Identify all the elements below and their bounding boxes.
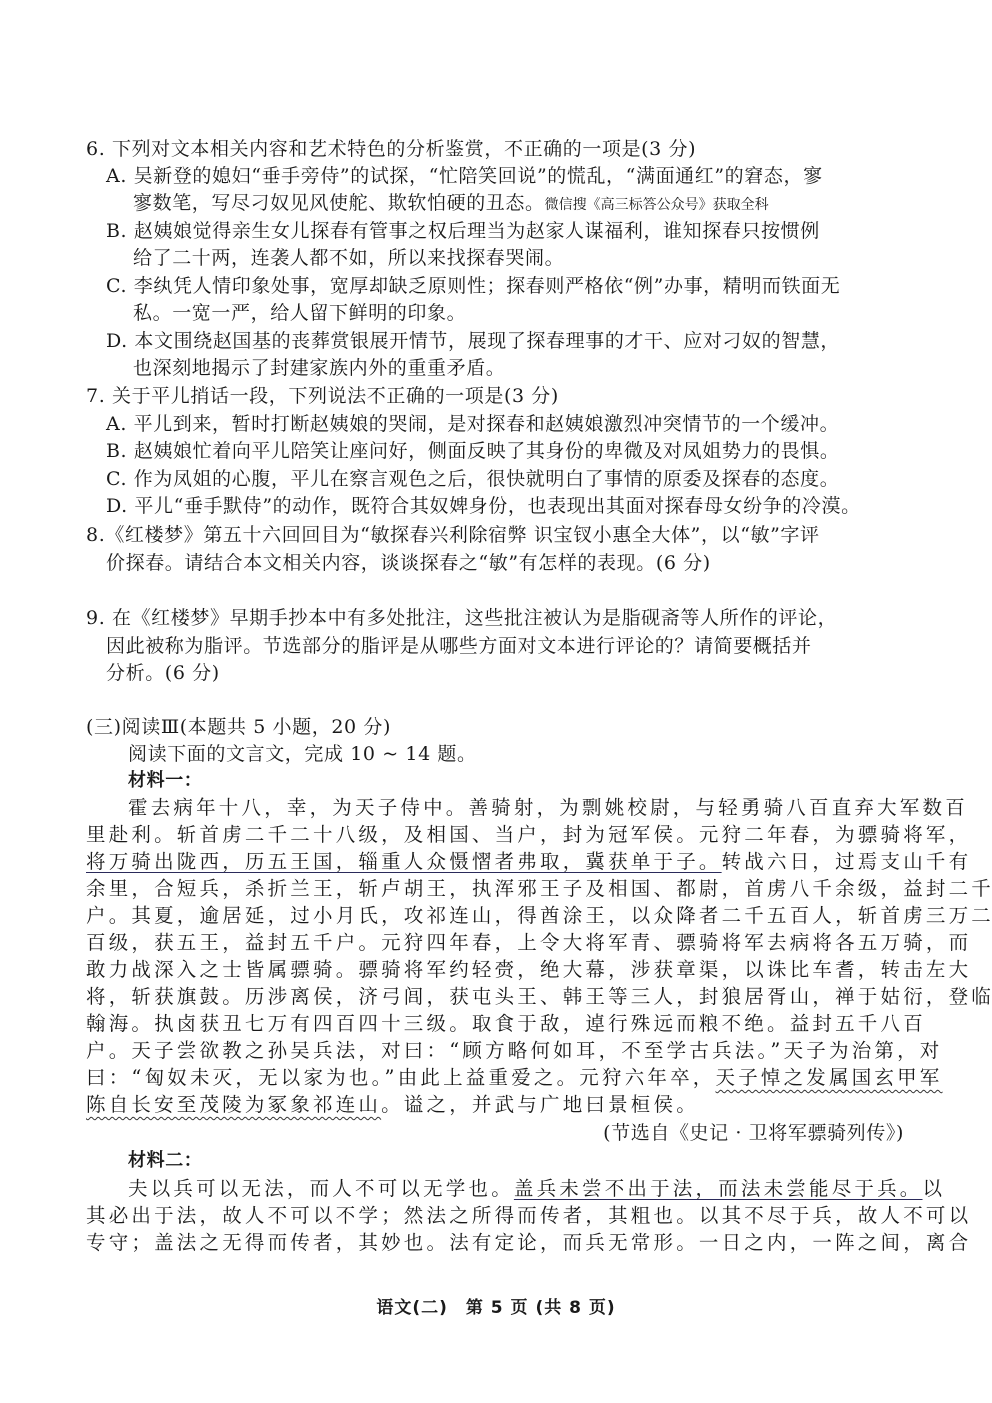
q6-option-a-line1: A. 吴新登的媳妇“垂手旁侍”的试探，“忙陪笑回说”的慌乱，“满面通红”的窘态，… [106,163,823,189]
m1-line9: 翰海。执卤获丑七万有四百四十三级。取食于敌，逴行殊远而粮不绝。益封五千八百 [86,1011,926,1037]
section3-instruction: 阅读下面的文言文，完成 10 ~ 14 题。 [128,741,477,767]
m1-line3: 将万骑出陇西，历五王国，辎重人众慑慴者弗取，冀获单于子。转战六日，过焉支山千有 [86,849,971,875]
q7-option-a: A. 平儿到来，暂时打断赵姨娘的哭闹，是对探春和赵姨娘激烈冲突情节的一个缓冲。 [106,411,839,437]
m1-line10: 户。天子尝欲教之孙吴兵法，对曰：“顾方略何如耳，不至学古兵法。”天子为治第，对 [86,1038,943,1064]
m2-line3: 专守；盖法之无得而传者，其妙也。法有定论，而兵无常形。一日之内，一阵之间，离合 [86,1230,971,1256]
m1-line2: 里赴利。斩首虏二千二十八级，及相国、当户，封为冠军侯。元狩二年春，为骠骑将军， [86,822,971,848]
q6-option-b-line2: 给了二十两，连袭人都不如，所以来找探春哭闹。 [133,245,564,271]
section3-heading: (三)阅读Ⅲ(本题共 5 小题，20 分) [86,714,391,740]
watermark-text: 微信搜《高三标答公众号》获取全科 [545,197,769,213]
m1-line4: 余里，合短兵，杀折兰王，斩卢胡王，执浑邪王子及相国、都尉，首虏八千余级，益封二千 [86,876,992,902]
m1-line6: 百级，获五王，益封五千户。元狩四年春，上令大将军青、骠骑将军去病将各五万骑，而 [86,930,971,956]
m2-line1: 夫以兵可以无法，而人不可以无学也。盖兵未尝不出于法，而法未尝能尽于兵。以 [128,1176,945,1202]
m1-line5: 户。其夏，逾居延，过小月氏，攻祁连山，得酋涂王，以众降者二千五百人，斩首虏三万二 [86,903,992,929]
q9-line1: 9. 在《红楼梦》早期手抄本中有多处批注，这些批注被认为是脂砚斋等人所作的评论， [86,605,837,631]
m2-line1-tail: 以 [923,1177,946,1200]
q6-stem: 6. 下列对文本相关内容和艺术特色的分析鉴赏，不正确的一项是(3 分) [86,136,696,162]
material2-label: 材料二： [128,1148,202,1174]
q7-option-c: C. 作为凤姐的心腹，平儿在察言观色之后，很快就明白了事情的原委及探春的态度。 [106,466,839,492]
q6-option-d-line1: D. 本文围绕赵国基的丧葬赏银展开情节，展现了探春理事的才干、应对刁奴的智慧， [106,328,840,354]
q6-option-c-line1: C. 李纨凭人情印象处事，宽厚却缺乏原则性；探春则严格依“例”办事，精明而铁面无 [106,273,840,299]
m1-line3-rest: 转战六日，过焉支山千有 [722,850,972,873]
m1-line11: 曰：“匈奴未灭，无以家为也。”由此上益重爱之。元狩六年卒，天子悼之发属国玄甲军 [86,1065,943,1091]
q6-option-a-text: 寥数笔，写尽刁奴见风使舵、欺软怕硬的丑态。 [133,192,545,214]
page-footer: 语文(二) 第 5 页 (共 8 页) [0,1293,992,1318]
q7-option-b: B. 赵姨娘忙着向平儿陪笑让座问好，侧面反映了其身份的卑微及对凤姐势力的畏惧。 [106,438,839,464]
m1-line12: 陈自长安至茂陵为冢象祁连山。谥之，并武与广地曰景桓侯。 [86,1092,699,1118]
q8-line1: 8.《红楼梦》第五十六回回目为“敏探春兴利除宿弊 识宝钗小惠全大体”，以“敏”字… [86,522,820,548]
q6-option-a-line2: 寥数笔，写尽刁奴见风使舵、欺软怕硬的丑态。微信搜《高三标答公众号》获取全科 [133,190,769,218]
m1-line7: 敢力战深入之士皆属骠骑。骠骑将军约轻赍，绝大幕，涉获章渠，以诛比车耆，转击左大 [86,957,971,983]
q7-option-d: D. 平儿“垂手默侍”的动作，既符合其奴婢身份，也表现出其面对探春母女纷争的冷漠… [106,493,861,519]
m1-wavy-underlined-sentence-part1: 天子悼之发属国玄甲军 [716,1066,943,1089]
m1-line1: 霍去病年十八，幸，为天子侍中。善骑射，为剽姚校尉，与轻勇骑八百直弃大军数百 [128,795,968,821]
q6-option-d-line2: 也深刻地揭示了封建家族内外的重重矛盾。 [133,355,505,381]
q7-stem: 7. 关于平儿捎话一段，下列说法不正确的一项是(3 分) [86,383,559,409]
material1-source: (节选自《史记 · 卫将军骠骑列传》) [603,1120,904,1146]
m1-underlined-sentence: 将万骑出陇西，历五王国，辎重人众慑慴者弗取，冀获单于子。 [86,850,722,873]
m1-wavy-underlined-sentence-part2: 陈自长安至茂陵为冢象祁连山 [86,1093,381,1116]
m2-underlined-sentence: 盖兵未尝不出于法，而法未尝能尽于兵。 [514,1177,923,1200]
q6-option-b-line1: B. 赵姨娘觉得亲生女儿探春有管事之权后理当为赵家人谋福利，谁知探春只按惯例 [106,218,820,244]
q9-line3: 分析。(6 分) [106,660,220,686]
material1-label: 材料一： [128,768,202,794]
m1-line12-rest: 。谥之，并武与广地曰景桓侯。 [381,1093,699,1116]
q6-option-c-line2: 私。一宽一严，给人留下鲜明的印象。 [133,300,466,326]
m2-line1-text: 夫以兵可以无法，而人不可以无学也。 [128,1177,514,1200]
m1-line8: 将，斩获旗鼓。历涉离侯，济弓闾，获屯头王、韩王等三人，封狼居胥山，禅于姑衍，登临 [86,984,992,1010]
m1-line11-text: 曰：“匈奴未灭，无以家为也。”由此上益重爱之。元狩六年卒， [86,1066,716,1089]
m2-line2: 其必出于法，故人不可以不学；然法之所得而传者，其粗也。以其不尽于兵，故人不可以 [86,1203,971,1229]
q9-line2: 因此被称为脂评。节选部分的脂评是从哪些方面对文本进行评论的？请简要概括并 [106,633,812,659]
exam-page: 6. 下列对文本相关内容和艺术特色的分析鉴赏，不正确的一项是(3 分) A. 吴… [0,0,992,1403]
q8-line2: 价探春。请结合本文相关内容，谈谈探春之“敏”有怎样的表现。(6 分) [106,550,711,576]
